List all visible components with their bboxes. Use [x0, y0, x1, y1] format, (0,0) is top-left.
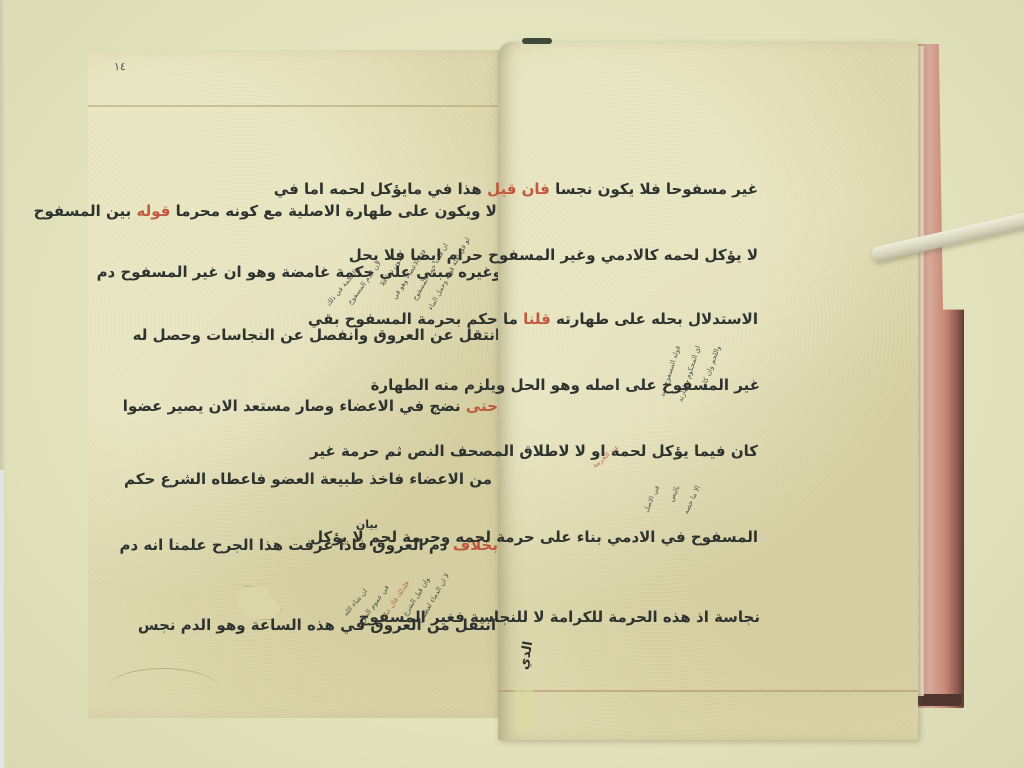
page-fold-line [498, 690, 918, 692]
page-fold-line [88, 105, 508, 107]
text-line: لا يؤكل لحمه كالادمي وغير المسفوح حرام ا… [349, 246, 758, 264]
marginal-gloss: في الاصل [642, 484, 661, 513]
open-manuscript: ١٤ الا ويكون على طهارة الاصلية مع كونه م… [0, 0, 1024, 768]
text-line: كان فيما يؤكل لحمه او لا لاطلاق المصحف ا… [310, 442, 758, 460]
page-tear [522, 38, 552, 44]
paper-stain [235, 586, 281, 620]
folio-number: ١٤ [114, 60, 126, 73]
rubric-word: حتى [466, 397, 498, 415]
text-line: المسفوح في الادمي بناء على حرمة لحمه وحر… [310, 528, 758, 546]
catchword: الدي [516, 640, 536, 671]
text-line: نجاسة اذ هذه الحرمة للكرامة لا للنجاسة ف… [359, 608, 760, 626]
spine-gutter [515, 690, 533, 730]
water-stain [108, 668, 218, 708]
rubric-word: قلنا [523, 310, 551, 328]
text-line: حتى نضج في الاعضاء وصار مستعد الان يصير … [123, 397, 498, 415]
text-line: من الاعضاء فاخذ طبيعة العضو فاعطاه الشرع… [124, 470, 492, 488]
marginal-gloss: الا ما خصه [682, 484, 702, 515]
text-line: الاستدلال بحله على طهارته قلنا ما حكم بح… [308, 310, 758, 328]
text-line: انتقل عن العروق وانفصل عن النجاسات وحصل … [133, 326, 500, 344]
right-page: غير مسفوحا فلا يكون نجسا فان قيل هذا في … [498, 42, 918, 740]
rubric-word: قوله [136, 202, 170, 220]
text-line: الا ويكون على طهارة الاصلية مع كونه محرم… [34, 202, 502, 220]
book-cover-corner [918, 694, 962, 706]
rubric-word: فان قيل [487, 180, 550, 198]
marginal-gloss: بالنص [667, 484, 681, 503]
text-line: غير مسفوحا فلا يكون نجسا فان قيل هذا في … [274, 180, 758, 198]
